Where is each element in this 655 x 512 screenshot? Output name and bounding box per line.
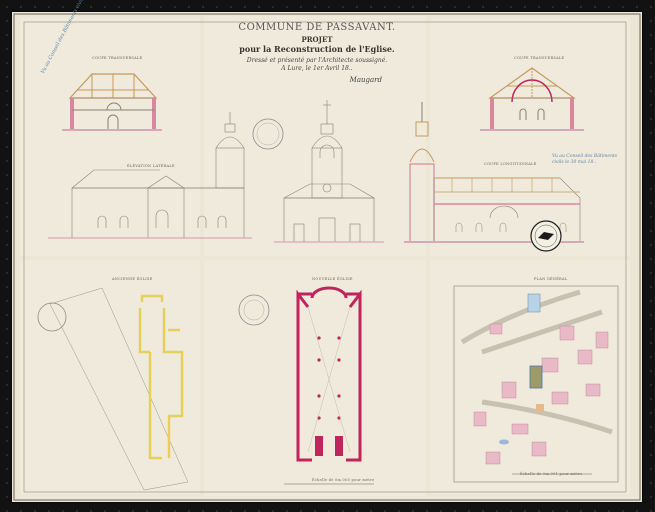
coupe-transversale-right-drawing bbox=[480, 68, 584, 130]
ancienne-eglise-plan bbox=[50, 288, 188, 490]
drawings-canvas bbox=[12, 12, 642, 502]
architectural-drawing-sheet: COMMUNE DE PASSAVANT. PROJET pour la Rec… bbox=[12, 12, 642, 502]
coupe-transversale-left-drawing bbox=[62, 74, 162, 130]
stamp-archive-center bbox=[239, 295, 269, 325]
plan-general-map bbox=[454, 286, 618, 482]
facade-principale-drawing bbox=[274, 100, 384, 242]
stamp-archive-top bbox=[253, 119, 283, 149]
stamp-ink-seal bbox=[531, 221, 561, 251]
nouvelle-eglise-plan bbox=[284, 288, 374, 484]
